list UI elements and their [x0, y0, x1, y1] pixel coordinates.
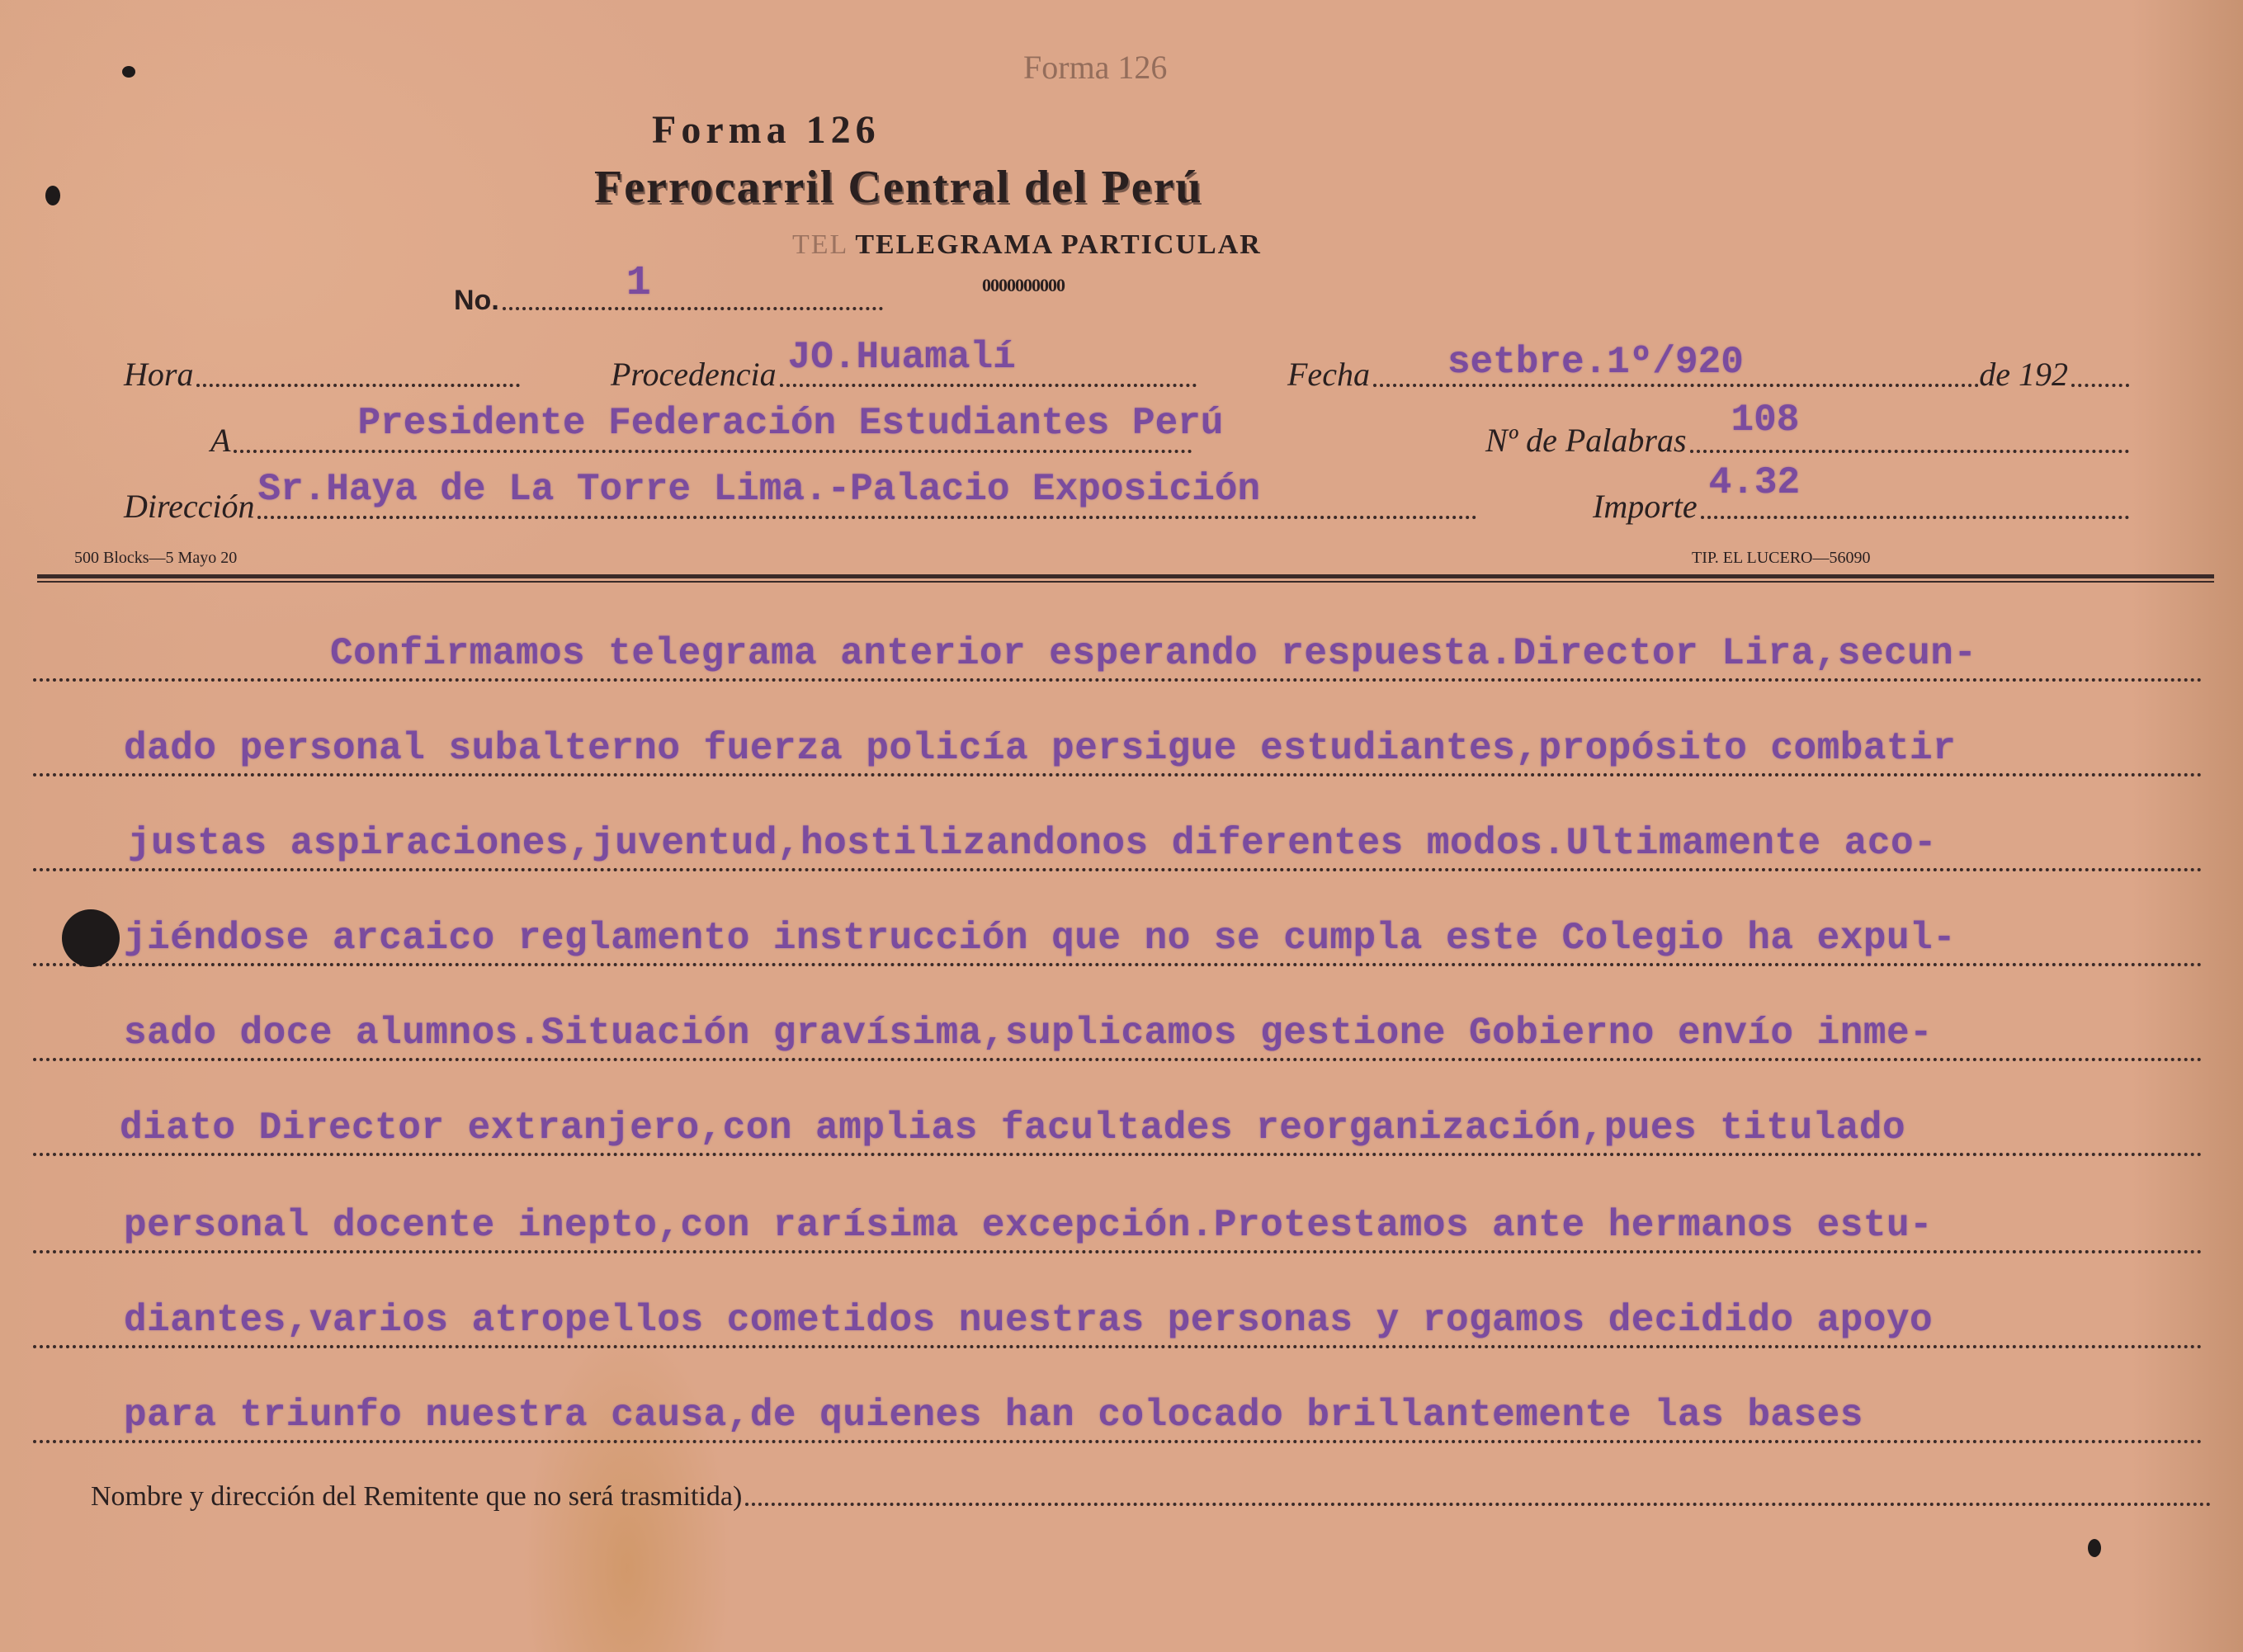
print-info-right: TIP. EL LUCERO—56090 [1692, 549, 1870, 568]
message-line: dado personal subalterno fuerza policía … [33, 715, 2203, 776]
message-line: Confirmamos telegrama anterior esperando… [33, 621, 2203, 682]
procedencia-value: JO.Huamalí [788, 336, 1016, 379]
sender-label: Nombre y dirección del Remitente que no … [91, 1481, 742, 1513]
number-value: 1 [626, 260, 651, 307]
importe-dots: 4.32 [1701, 516, 2129, 519]
number-field: No. 1 [454, 285, 883, 317]
destinatario-value: Presidente Federación Estudiantes Perú [357, 402, 1223, 445]
palabras-label: Nº de Palabras [1485, 421, 1687, 460]
document-type: TELTELEGRAMA PARTICULAR [792, 229, 1262, 261]
sender-dots: // [745, 1503, 2212, 1506]
form-number-line: Forma 126 [652, 107, 881, 153]
print-info-left: 500 Blocks—5 Mayo 20 [74, 549, 237, 568]
header-divider [37, 574, 2214, 583]
sender-field: Nombre y dirección del Remitente que no … [17, 1481, 2212, 1513]
importe-label: Importe [1593, 487, 1698, 526]
fecha-label: Fecha [1287, 355, 1370, 394]
direccion-dots: Sr.Haya de La Torre Lima.-Palacio Exposi… [257, 516, 1477, 519]
company-title: Ferrocarril Central del Perú [594, 161, 1203, 214]
decorative-rule: 0000000000 [982, 275, 1065, 296]
fecha-year-dots [2071, 384, 2129, 387]
message-line: justas aspiraciones,juventud,hostilizand… [33, 810, 2203, 871]
direccion-field: Dirección Sr.Haya de La Torre Lima.-Pala… [124, 487, 1477, 526]
direccion-value: Sr.Haya de La Torre Lima.-Palacio Exposi… [257, 468, 1260, 511]
hora-label: Hora [124, 355, 193, 394]
destinatario-dots: Presidente Federación Estudiantes Perú [234, 450, 1192, 453]
fecha-year-suffix: de 192 [1979, 355, 2068, 394]
message-line: sado doce alumnos.Situación gravísima,su… [33, 1000, 2203, 1061]
form-number-ghost: Forma 126 [1023, 48, 1167, 87]
importe-value: 4.32 [1709, 461, 1800, 504]
message-line: personal docente inepto,con rarísima exc… [33, 1192, 2203, 1253]
palabras-dots: 108 [1690, 450, 2129, 453]
punch-hole [62, 909, 120, 967]
palabras-field: Nº de Palabras 108 [1485, 421, 2129, 460]
number-label: No. [454, 285, 499, 317]
ink-speck [45, 186, 60, 205]
form-number: Forma 126 [652, 108, 881, 152]
hora-dots [196, 384, 520, 387]
destinatario-label: A [210, 421, 230, 460]
document-type-ghost: TEL [792, 229, 848, 260]
procedencia-label: Procedencia [611, 355, 777, 394]
message-line: jiéndose arcaico reglamento instrucción … [33, 905, 2203, 966]
hora-field: Hora [124, 355, 520, 394]
document-type-label: TELEGRAMA PARTICULAR [855, 229, 1262, 260]
fecha-field: Fecha setbre.1º/920 de 192 [1287, 355, 2129, 394]
procedencia-field: Procedencia JO.Huamalí [611, 355, 1197, 394]
message-line: para triunfo nuestra causa,de quienes ha… [33, 1382, 2203, 1443]
ink-speck [122, 66, 135, 78]
procedencia-dots: JO.Huamalí [780, 384, 1197, 387]
message-line: diantes,varios atropellos cometidos nues… [33, 1287, 2203, 1348]
importe-field: Importe 4.32 [1593, 487, 2129, 526]
palabras-value: 108 [1731, 399, 1800, 441]
fecha-dots: setbre.1º/920 [1373, 384, 1979, 387]
number-dots: 1 [503, 307, 883, 310]
destinatario-field: A Presidente Federación Estudiantes Perú [210, 421, 1192, 460]
ink-speck [2088, 1539, 2101, 1557]
direccion-label: Dirección [124, 487, 254, 526]
fecha-value: setbre.1º/920 [1447, 341, 1744, 384]
message-line: diato Director extranjero,con amplias fa… [33, 1095, 2203, 1156]
